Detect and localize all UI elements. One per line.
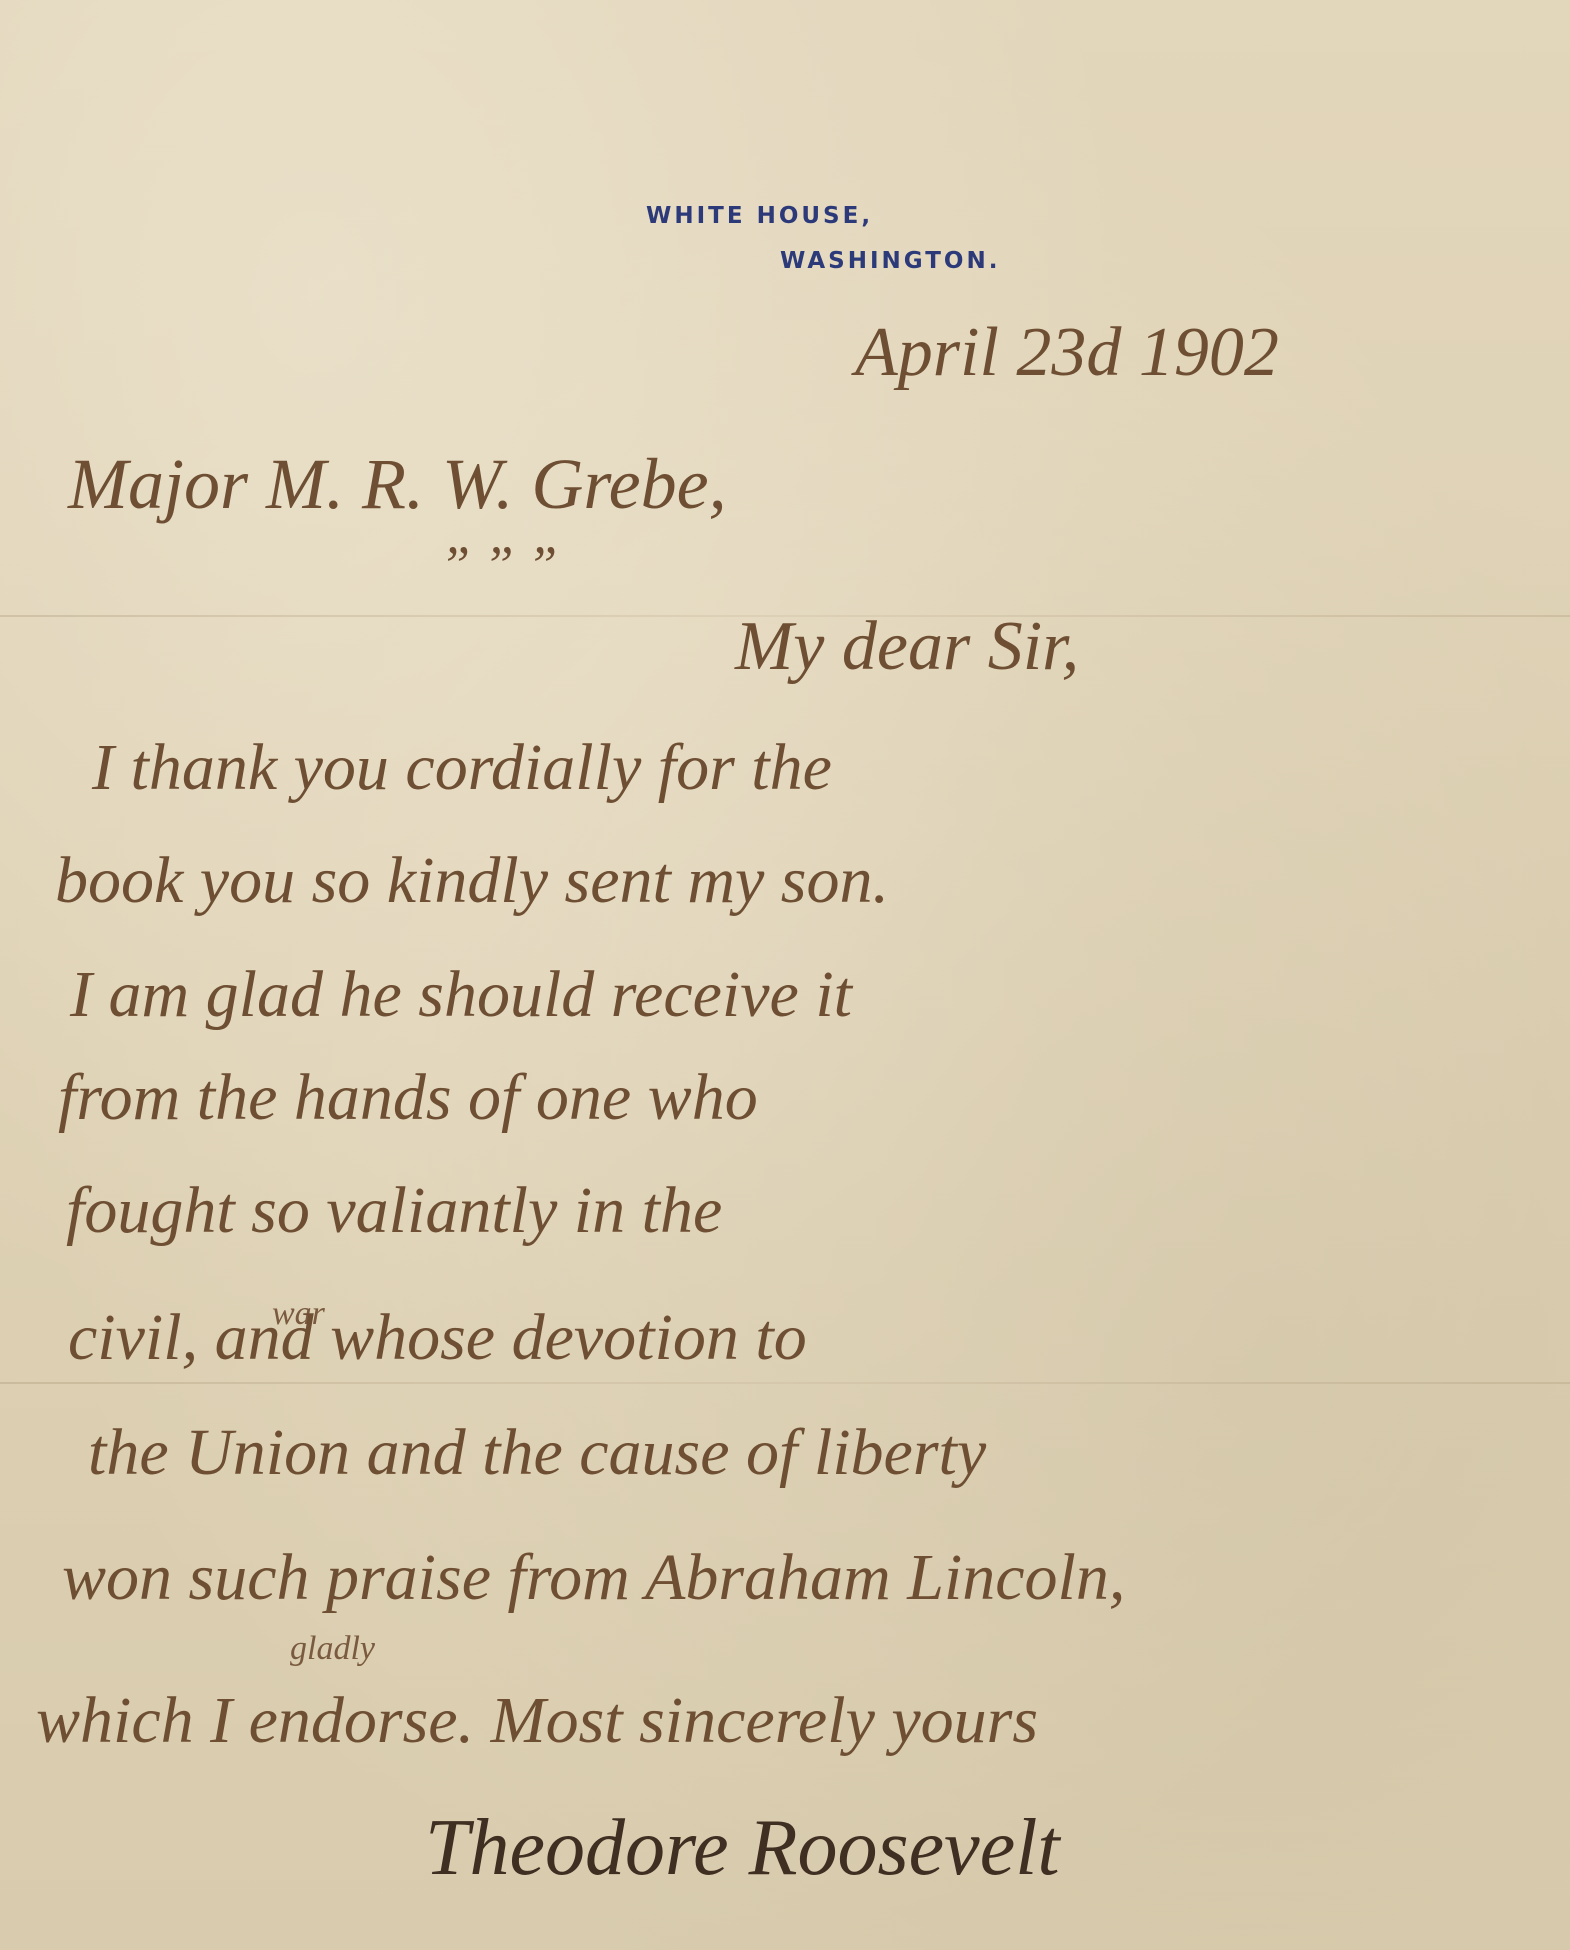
- signature: Theodore Roosevelt: [425, 1808, 1060, 1888]
- letterhead-washington: WASHINGTON.: [780, 248, 1000, 274]
- addressee-name: Major M. R. W. Grebe,: [68, 448, 727, 520]
- fold-line: [0, 1382, 1570, 1384]
- body-line-7: the Union and the cause of liberty: [88, 1420, 986, 1486]
- body-line-4: from the hands of one who: [58, 1065, 758, 1131]
- letter-date: April 23d 1902: [855, 318, 1279, 388]
- letterhead-white-house: WHITE HOUSE,: [646, 203, 873, 229]
- addressee-ditto-marks: ” ” ”: [440, 538, 557, 592]
- salutation: My dear Sir,: [735, 612, 1079, 682]
- insertion-gladly: gladly: [290, 1632, 375, 1666]
- body-line-3: I am glad he should receive it: [70, 962, 852, 1028]
- body-line-9-closing: which I endorse. Most sincerely yours: [36, 1688, 1038, 1754]
- body-line-6: civil, and whose devotion to: [68, 1305, 807, 1371]
- letter-page: WHITE HOUSE, WASHINGTON. April 23d 1902 …: [0, 0, 1570, 1950]
- body-line-5: fought so valiantly in the: [66, 1178, 722, 1244]
- body-line-2: book you so kindly sent my son.: [55, 848, 889, 914]
- body-line-8: won such praise from Abraham Lincoln,: [62, 1545, 1125, 1611]
- body-line-1: I thank you cordially for the: [92, 735, 832, 801]
